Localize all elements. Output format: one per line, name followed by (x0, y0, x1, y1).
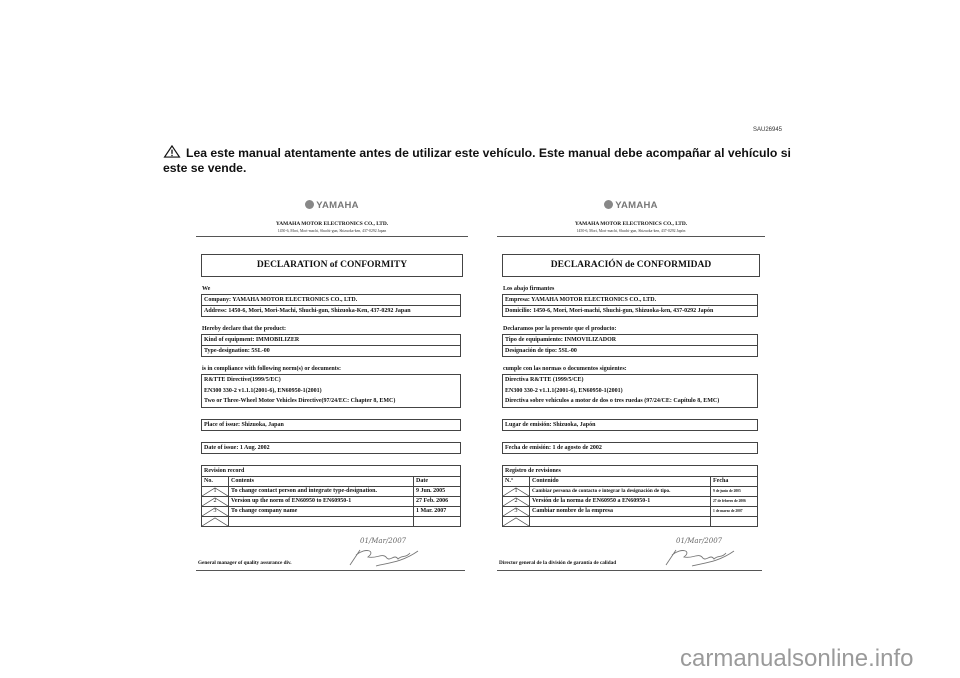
date-of-issue-box: Fecha de emisión: 1 de agosto de 2002 (502, 442, 758, 454)
revision-row: 3To change company name1 Mar. 2007 (202, 506, 461, 516)
revision-row (503, 516, 758, 526)
declare-label: Declaramos por la presente que el produc… (503, 326, 765, 332)
revision-date: 9 Jun. 2005 (414, 486, 461, 496)
product-row-line: Tipo de equipamiento: INMOVILIZADOR (503, 335, 757, 345)
revision-triangle-icon (202, 517, 228, 526)
svg-text:01/Mar/2007: 01/Mar/2007 (360, 537, 407, 545)
watermark: carmanualsonline.info (680, 645, 913, 673)
revision-triangle-icon (503, 517, 529, 526)
revision-header-row: No.ContentsDate (202, 476, 461, 486)
norm-row-line: EN300 330-2 v1.1.1(2001-6), EN60950-1(20… (503, 386, 757, 397)
revision-table: N.°ContenidoFecha1Cambiar persona de con… (502, 476, 758, 527)
handwritten-signature: 01/Mar/2007 (662, 533, 742, 569)
revision-date: 27 Feb. 2006 (414, 496, 461, 506)
product-row-line: Designación de tipo: 5SL-00 (503, 345, 757, 356)
revision-number-cell: 1 (202, 486, 229, 496)
declaration-page-spanish: YAMAHA YAMAHA MOTOR ELECTRONICS CO., LTD… (497, 200, 765, 571)
we-label: Los abajo firmantes (503, 286, 765, 292)
declaration-page-english: YAMAHA YAMAHA MOTOR ELECTRONICS CO., LTD… (196, 200, 468, 571)
compliance-label: is in compliance with following norm(s) … (202, 366, 468, 372)
revision-contents: Cambiar persona de contacto e integrar l… (530, 486, 711, 496)
norm-row-line: Directiva R&TTE (1999/5/CE) (503, 375, 757, 386)
svg-text:01/Mar/2007: 01/Mar/2007 (676, 537, 723, 545)
revision-date: 27 de febrero de 2006 (711, 496, 758, 506)
revision-date: 1 Mar. 2007 (414, 506, 461, 516)
revision-row: 3Cambiar nombre de la empresa1 de marzo … (503, 506, 758, 516)
revision-contents: Cambiar nombre de la empresa (530, 506, 711, 516)
revision-triangle-icon (202, 497, 228, 506)
revision-number-cell: 2 (503, 496, 530, 506)
revision-header-cell: No. (202, 476, 229, 486)
signer-role: General manager of quality assurance div… (198, 560, 292, 566)
document-code: SAU26945 (753, 127, 782, 133)
revision-triangle-icon (202, 487, 228, 496)
revision-triangle-icon (503, 507, 529, 516)
we-row-line: Empresa: YAMAHA MOTOR ELECTRONICS CO., L… (503, 295, 757, 305)
norm-row-line: Directiva sobre vehículos a motor de dos… (503, 396, 757, 407)
place-of-issue: Lugar de emisión: Shizuoka, Japón (503, 420, 757, 430)
declaration-title: DECLARATION of CONFORMITY (201, 254, 463, 277)
norm-row-line: EN300 330-2 v1.1.1(2001-6), EN60950-1(20… (202, 386, 460, 397)
warning-icon (163, 145, 181, 158)
revision-contents: Version up the norm of EN60950 to EN6095… (229, 496, 414, 506)
company-info-box: Company: YAMAHA MOTOR ELECTRONICS CO., L… (201, 294, 461, 317)
compliance-label: cumple con las normas o documentos sigui… (503, 366, 765, 372)
revision-number-cell (503, 516, 530, 526)
product-row-line: Kind of equipment: IMMOBILIZER (202, 335, 460, 345)
signature-divider (196, 570, 465, 571)
company-name: YAMAHA MOTOR ELECTRONICS CO., LTD. (497, 221, 765, 227)
we-row-line: Company: YAMAHA MOTOR ELECTRONICS CO., L… (202, 295, 460, 305)
place-of-issue-box: Place of issue: Shizuoka, Japan (201, 419, 461, 431)
revision-date: 9 de junio de 2005 (711, 486, 758, 496)
revision-date: 1 de marzo de 2007 (711, 506, 758, 516)
yamaha-logo: YAMAHA (497, 200, 765, 216)
signer-role: Director general de la división de garan… (499, 560, 616, 566)
revision-row: 1To change contact person and integrate … (202, 486, 461, 496)
date-of-issue: Fecha de emisión: 1 de agosto de 2002 (503, 443, 757, 453)
revision-contents: Versión de la norma de EN60950 a EN60950… (530, 496, 711, 506)
revision-contents: To change company name (229, 506, 414, 516)
revision-header-cell: Contenido (530, 476, 711, 486)
revision-contents (229, 516, 414, 526)
revision-triangle-icon (503, 487, 529, 496)
revision-header-cell: Date (414, 476, 461, 486)
header-divider (196, 236, 468, 237)
revision-header-cell: Contents (229, 476, 414, 486)
tuning-fork-emblem-icon (305, 200, 314, 209)
company-name: YAMAHA MOTOR ELECTRONICS CO., LTD. (196, 221, 468, 227)
product-info-box: Tipo de equipamiento: INMOVILIZADORDesig… (502, 334, 758, 357)
revision-header-row: N.°ContenidoFecha (503, 476, 758, 486)
revision-contents: To change contact person and integrate t… (229, 486, 414, 496)
revision-title: Revision record (202, 466, 460, 476)
revision-row: 2Version up the norm of EN60950 to EN609… (202, 496, 461, 506)
we-row-line: Domicilio: 1450-6, Mori, Mori-machi, Shu… (503, 305, 757, 316)
revision-number-cell: 1 (503, 486, 530, 496)
declaration-title: DECLARACIÓN de CONFORMIDAD (502, 254, 760, 277)
product-info-box: Kind of equipment: IMMOBILIZERType-desig… (201, 334, 461, 357)
norm-row-line: R&TTE Directive(1999/5/EC) (202, 375, 460, 386)
revision-number-cell: 2 (202, 496, 229, 506)
revision-number-cell: 3 (202, 506, 229, 516)
revision-table: No.ContentsDate1To change contact person… (201, 476, 461, 527)
date-of-issue: Date of issue: 1 Aug. 2002 (202, 443, 460, 453)
revision-row (202, 516, 461, 526)
revision-triangle-icon (202, 507, 228, 516)
revision-header-cell: N.° (503, 476, 530, 486)
we-row-line: Address: 1450-6, Mori, Mori-Machi, Shuch… (202, 305, 460, 316)
revision-title-box: Registro de revisiones (502, 465, 758, 476)
signature-block: Director general de la división de garan… (497, 531, 765, 571)
norms-box: Directiva R&TTE (1999/5/CE)EN300 330-2 v… (502, 374, 758, 408)
signature-divider (497, 570, 762, 571)
declare-label: Hereby declare that the product: (202, 326, 468, 332)
revision-row: 1Cambiar persona de contacto e integrar … (503, 486, 758, 496)
revision-title: Registro de revisiones (503, 466, 757, 476)
revision-header-cell: Fecha (711, 476, 758, 486)
revision-triangle-icon (503, 497, 529, 506)
revision-number-cell: 3 (503, 506, 530, 516)
revision-contents (530, 516, 711, 526)
date-of-issue-box: Date of issue: 1 Aug. 2002 (201, 442, 461, 454)
place-of-issue: Place of issue: Shizuoka, Japan (202, 420, 460, 430)
norm-row-line: Two or Three-Wheel Motor Vehicles Direct… (202, 396, 460, 407)
revision-date (711, 516, 758, 526)
norms-box: R&TTE Directive(1999/5/EC)EN300 330-2 v1… (201, 374, 461, 408)
revision-date (414, 516, 461, 526)
warning-text: Lea este manual atentamente antes de uti… (163, 146, 791, 175)
warning-notice: Lea este manual atentamente antes de uti… (163, 145, 793, 176)
we-label: We (202, 286, 468, 292)
company-address: 1450-6, Mori, Mori-machi, Shuchi-gun, Sh… (196, 229, 468, 233)
tuning-fork-emblem-icon (604, 200, 613, 209)
revision-title-box: Revision record (201, 465, 461, 476)
revision-row: 2Versión de la norma de EN60950 a EN6095… (503, 496, 758, 506)
header-divider (497, 236, 765, 237)
product-row-line: Type-designation: 5SL-00 (202, 345, 460, 356)
revision-number-cell (202, 516, 229, 526)
signature-block: General manager of quality assurance div… (196, 531, 468, 571)
place-of-issue-box: Lugar de emisión: Shizuoka, Japón (502, 419, 758, 431)
company-info-box: Empresa: YAMAHA MOTOR ELECTRONICS CO., L… (502, 294, 758, 317)
handwritten-signature: 01/Mar/2007 (346, 533, 426, 569)
yamaha-logo: YAMAHA (196, 200, 468, 216)
company-address: 1450-6, Mori, Mori-machi, Shuchi-gun, Sh… (497, 229, 765, 233)
